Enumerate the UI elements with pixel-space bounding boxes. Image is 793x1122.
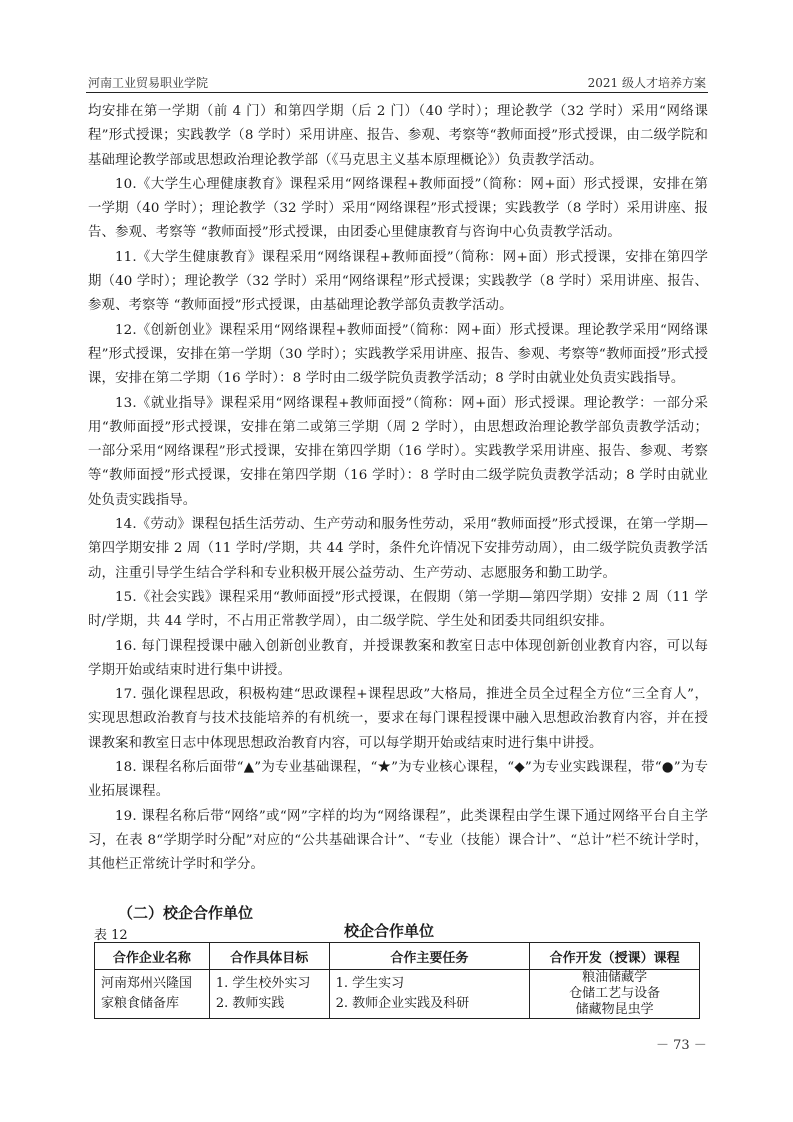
task-item: 2. 教师企业实践及科研 — [336, 994, 524, 1014]
column-header-courses: 合作开发（授课）课程 — [530, 943, 700, 970]
paragraph-continuation: 均安排在第一学期（前 4 门）和第四学期（后 2 门）（40 学时）；理论教学（… — [88, 100, 708, 173]
course-item: 储藏物昆虫学 — [536, 1002, 693, 1018]
paragraph-item-19: 19. 课程名称后带“网络”或“网”字样的均为“网络课程”，此类课程由学生课下通… — [88, 805, 708, 878]
table-title: 校企合作单位 — [344, 920, 434, 941]
cooperation-table: 合作企业名称 合作具体目标 合作主要任务 合作开发（授课）课程 河南郑州兴隆国家… — [94, 942, 700, 1019]
paragraph-item-16: 16. 每门课程授课中融入创新创业教育，并授课教案和教室日志中体现创新创业教育内… — [88, 635, 708, 684]
paragraph-item-13: 13.《就业指导》课程采用“网络课程+教师面授”（简称：网+面）形式授课。理论教… — [88, 392, 708, 513]
cell-tasks: 1. 学生实习 2. 教师企业实践及科研 — [329, 970, 530, 1019]
paragraph-item-11: 11.《大学生健康教育》课程采用“网络课程+教师面授”（简称：网+面）形式授课，… — [88, 246, 708, 319]
header-institution: 河南工业贸易职业学院 — [88, 74, 208, 91]
section-heading: （二）校企合作单位 — [118, 902, 253, 923]
cell-company: 河南郑州兴隆国家粮食储备库 — [95, 970, 210, 1019]
header-document-title: 2021 级人才培养方案 — [588, 74, 706, 91]
column-header-goals: 合作具体目标 — [209, 943, 329, 970]
table-header-row: 合作企业名称 合作具体目标 合作主要任务 合作开发（授课）课程 — [95, 943, 700, 970]
table-row: 河南郑州兴隆国家粮食储备库 1. 学生校外实习 2. 教师实践 1. 学生实习 … — [95, 970, 700, 1019]
course-item: 仓储工艺与设备 — [536, 986, 693, 1002]
cell-courses: 粮油储藏学 仓储工艺与设备 储藏物昆虫学 — [530, 970, 700, 1019]
goal-item: 2. 教师实践 — [216, 994, 323, 1014]
paragraph-item-18: 18. 课程名称后面带“▲”为专业基础课程，“★”为专业核心课程，“◆”为专业实… — [88, 756, 708, 805]
table-number-label: 表 12 — [94, 924, 128, 943]
cell-goals: 1. 学生校外实习 2. 教师实践 — [209, 970, 329, 1019]
paragraph-item-12: 12.《创新创业》课程采用“网络课程+教师面授”（简称：网+面）形式授课。理论教… — [88, 319, 708, 392]
body-text: 均安排在第一学期（前 4 门）和第四学期（后 2 门）（40 学时）；理论教学（… — [88, 100, 708, 878]
paragraph-item-10: 10.《大学生心理健康教育》课程采用“网络课程+教师面授”（简称：网+面）形式授… — [88, 173, 708, 246]
page-header: 河南工业贸易职业学院 2021 级人才培养方案 — [86, 68, 708, 93]
paragraph-item-15: 15.《社会实践》课程采用“教师面授”形式授课，在假期（第一学期—第四学期）安排… — [88, 586, 708, 635]
paragraph-item-17: 17. 强化课程思政，积极构建“思政课程+课程思政”大格局，推进全员全过程全方位… — [88, 683, 708, 756]
column-header-tasks: 合作主要任务 — [329, 943, 530, 970]
column-header-company: 合作企业名称 — [95, 943, 210, 970]
page-number: － 73 － — [656, 1034, 707, 1053]
paragraph-item-14: 14.《劳动》课程包括生活劳动、生产劳动和服务性劳动，采用“教师面授”形式授课，… — [88, 513, 708, 586]
goal-item: 1. 学生校外实习 — [216, 974, 323, 994]
task-item: 1. 学生实习 — [336, 974, 524, 994]
course-item: 粮油储藏学 — [536, 970, 693, 986]
